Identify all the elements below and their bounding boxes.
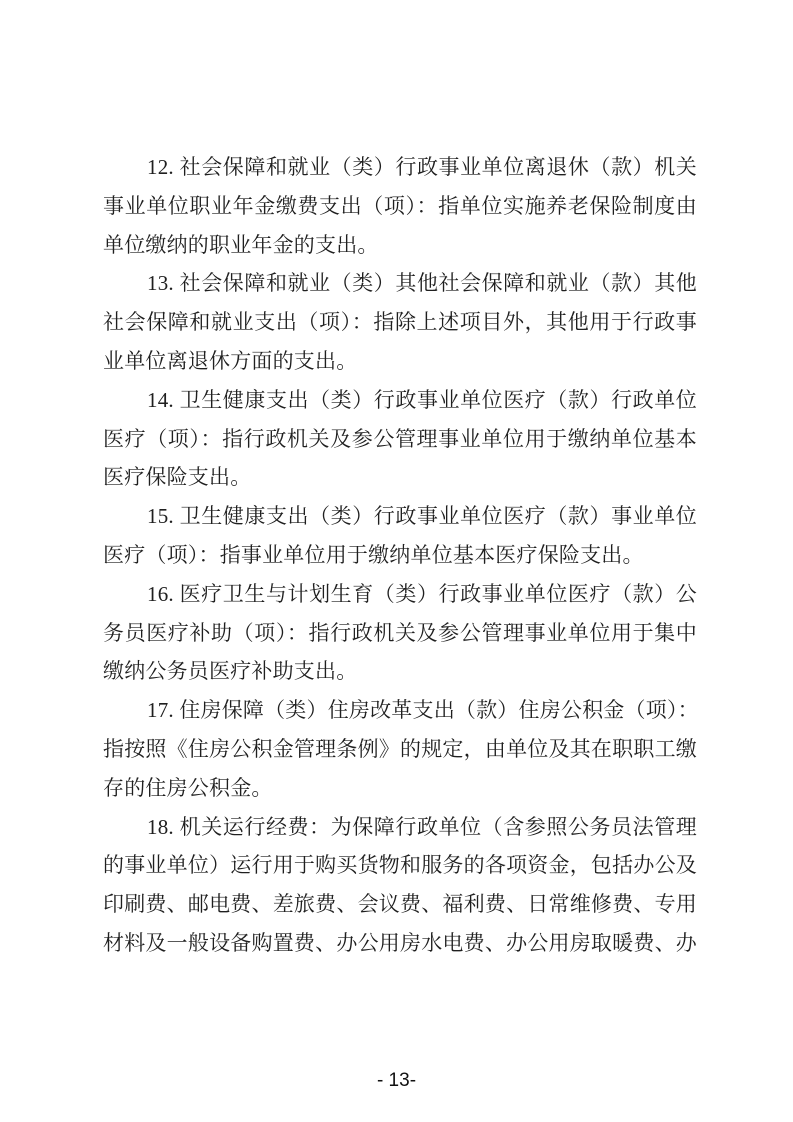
document-body: 12. 社会保障和就业（类）行政事业单位离退休（款）机关 事业单位职业年金缴费支… [103, 148, 697, 963]
paragraph-18: 18. 机关运行经费：为保障行政单位（含参照公务员法管理 的事业单位）运行用于购… [103, 808, 697, 963]
paragraph-13: 13. 社会保障和就业（类）其他社会保障和就业（款）其他 社会保障和就业支出（项… [103, 264, 697, 380]
text-line: 缴纳公务员医疗补助支出。 [103, 652, 697, 691]
text-line: 医疗（项）：指事业单位用于缴纳单位基本医疗保险支出。 [103, 536, 697, 575]
text-line: 18. 机关运行经费：为保障行政单位（含参照公务员法管理 [103, 808, 697, 847]
document-page: 12. 社会保障和就业（类）行政事业单位离退休（款）机关 事业单位职业年金缴费支… [0, 0, 793, 1122]
paragraph-12: 12. 社会保障和就业（类）行政事业单位离退休（款）机关 事业单位职业年金缴费支… [103, 148, 697, 264]
paragraph-16: 16. 医疗卫生与计划生育（类）行政事业单位医疗（款）公 务员医疗补助（项）：指… [103, 575, 697, 691]
text-line: 16. 医疗卫生与计划生育（类）行政事业单位医疗（款）公 [103, 575, 697, 614]
text-line: 17. 住房保障（类）住房改革支出（款）住房公积金（项）： [103, 691, 697, 730]
text-line: 15. 卫生健康支出（类）行政事业单位医疗（款）事业单位 [103, 497, 697, 536]
text-line: 医疗保险支出。 [103, 458, 697, 497]
text-line: 务员医疗补助（项）：指行政机关及参公管理事业单位用于集中 [103, 614, 697, 653]
paragraph-14: 14. 卫生健康支出（类）行政事业单位医疗（款）行政单位 医疗（项）：指行政机关… [103, 381, 697, 497]
text-line: 印刷费、邮电费、差旅费、会议费、福利费、日常维修费、专用 [103, 885, 697, 924]
text-line: 业单位离退休方面的支出。 [103, 342, 697, 381]
text-line: 13. 社会保障和就业（类）其他社会保障和就业（款）其他 [103, 264, 697, 303]
page-number: - 13- [0, 1070, 793, 1092]
text-line: 14. 卫生健康支出（类）行政事业单位医疗（款）行政单位 [103, 381, 697, 420]
text-line: 材料及一般设备购置费、办公用房水电费、办公用房取暖费、办 [103, 924, 697, 963]
text-line: 事业单位职业年金缴费支出（项）：指单位实施养老保险制度由 [103, 187, 697, 226]
paragraph-15: 15. 卫生健康支出（类）行政事业单位医疗（款）事业单位 医疗（项）：指事业单位… [103, 497, 697, 575]
text-line: 指按照《住房公积金管理条例》的规定，由单位及其在职职工缴 [103, 730, 697, 769]
text-line: 社会保障和就业支出（项）：指除上述项目外，其他用于行政事 [103, 303, 697, 342]
paragraph-17: 17. 住房保障（类）住房改革支出（款）住房公积金（项）： 指按照《住房公积金管… [103, 691, 697, 807]
text-line: 单位缴纳的职业年金的支出。 [103, 226, 697, 265]
text-line: 12. 社会保障和就业（类）行政事业单位离退休（款）机关 [103, 148, 697, 187]
text-line: 的事业单位）运行用于购买货物和服务的各项资金，包括办公及 [103, 846, 697, 885]
text-line: 医疗（项）：指行政机关及参公管理事业单位用于缴纳单位基本 [103, 420, 697, 459]
text-line: 存的住房公积金。 [103, 769, 697, 808]
